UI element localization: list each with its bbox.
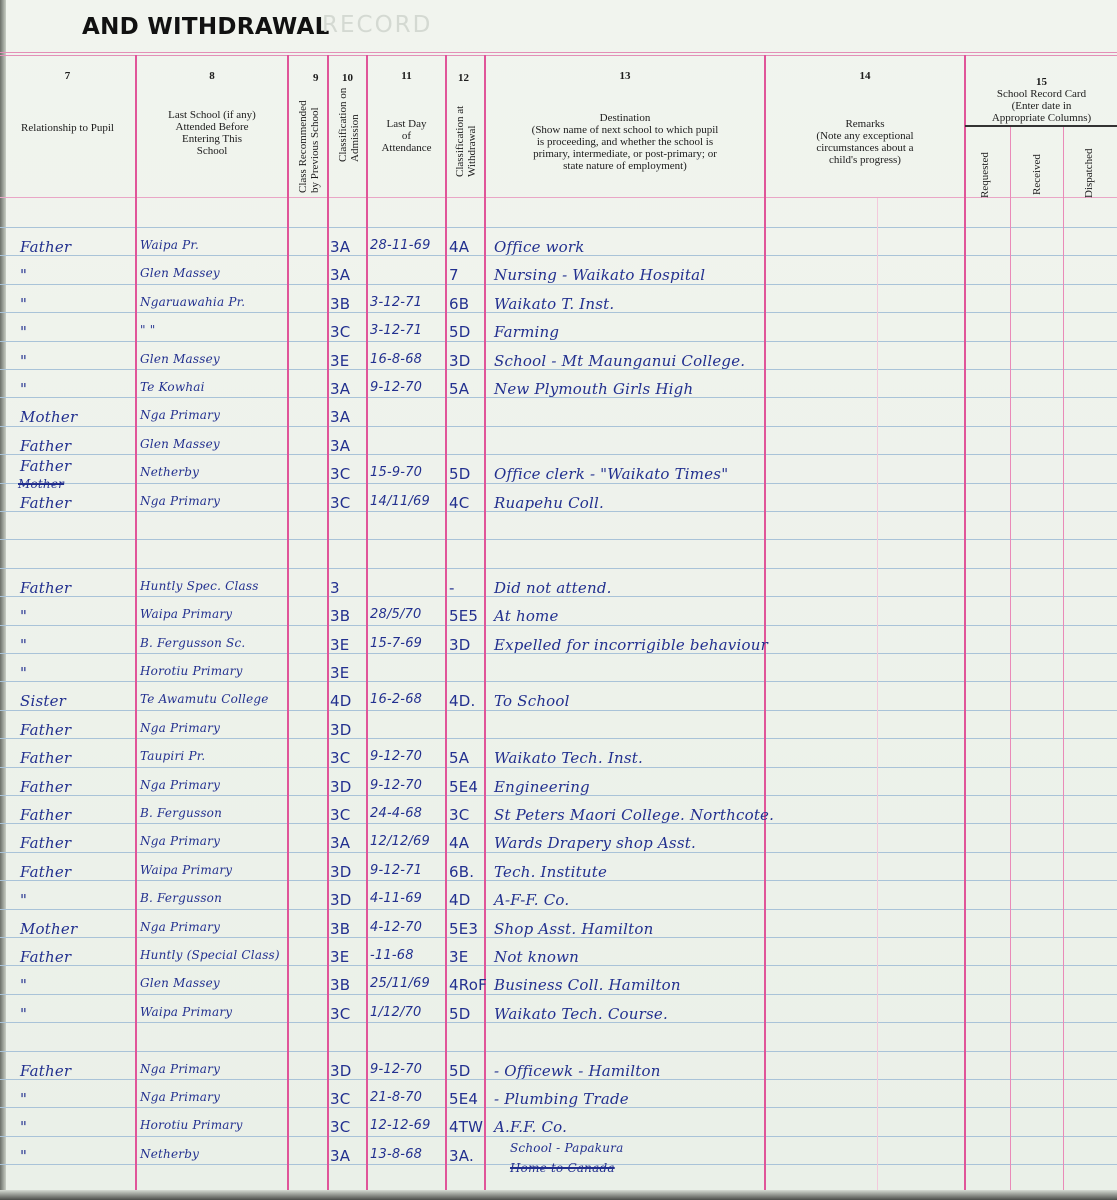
ruled-line bbox=[0, 1051, 1117, 1052]
ruled-line bbox=[0, 994, 1117, 995]
last-day-cell: 9-12-70 bbox=[370, 380, 422, 395]
last-school-cell: Taupiri Pr. bbox=[140, 749, 205, 763]
class-admission-cell: 4D bbox=[330, 692, 352, 710]
page-bottom-edge bbox=[0, 1190, 1117, 1200]
relationship-cell: " bbox=[20, 295, 27, 313]
destination-cell: - Officewk - Hamilton bbox=[494, 1062, 661, 1080]
class-admission-cell: 3D bbox=[330, 778, 352, 796]
last-school-cell: Te Awamutu College bbox=[140, 692, 269, 706]
ruled-line bbox=[0, 710, 1117, 711]
ruled-line bbox=[0, 483, 1117, 484]
last-school-cell: Glen Massey bbox=[140, 437, 220, 451]
relationship-cell: " bbox=[20, 323, 27, 341]
destination-cell: Office work bbox=[494, 238, 585, 256]
relationship-cell: " bbox=[20, 1118, 27, 1136]
last-school-cell: Glen Massey bbox=[140, 266, 220, 280]
last-school-cell: B. Fergusson Sc. bbox=[140, 636, 245, 650]
last-day-cell: 13-8-68 bbox=[370, 1147, 422, 1162]
class-admission-cell: 3D bbox=[330, 721, 352, 739]
destination-cell: Ruapehu Coll. bbox=[494, 494, 604, 512]
relationship-cell: Father bbox=[20, 494, 71, 512]
class-admission-cell: 3A bbox=[330, 238, 350, 256]
last-school-cell: Nga Primary bbox=[140, 408, 220, 422]
ruled-line bbox=[0, 738, 1117, 739]
column-header-record-card: 15 School Record Card (Enter date in App… bbox=[966, 76, 1117, 124]
destination-cell: Wards Drapery shop Asst. bbox=[494, 834, 696, 852]
class-withdrawal-cell: 5E3 bbox=[449, 920, 478, 938]
last-day-cell: 4-12-70 bbox=[370, 920, 422, 935]
class-withdrawal-cell: 5A bbox=[449, 380, 469, 398]
class-withdrawal-cell: 4RoF bbox=[449, 976, 487, 994]
class-withdrawal-cell: 5D bbox=[449, 323, 471, 341]
column-header-destination: 13 Destination (Show name of next school… bbox=[486, 70, 764, 172]
destination-cell: Engineering bbox=[494, 778, 590, 796]
last-school-cell: B. Fergusson bbox=[140, 891, 222, 905]
ruled-line bbox=[0, 625, 1117, 626]
relationship-cell: Father bbox=[20, 806, 71, 824]
last-day-cell: 12/12/69 bbox=[370, 834, 430, 849]
class-withdrawal-cell: 4D. bbox=[449, 692, 475, 710]
class-withdrawal-cell: 5E4 bbox=[449, 778, 478, 796]
class-withdrawal-cell: - bbox=[449, 579, 455, 597]
last-school-cell: Huntly Spec. Class bbox=[140, 579, 259, 593]
column-divider bbox=[287, 55, 289, 1192]
class-admission-cell: 3A bbox=[330, 834, 350, 852]
last-day-cell: 28-11-69 bbox=[370, 238, 431, 253]
last-school-cell: Nga Primary bbox=[140, 1090, 220, 1104]
class-admission-cell: 3C bbox=[330, 494, 350, 512]
relationship-cell: " bbox=[20, 976, 27, 994]
relationship-cell: " bbox=[20, 891, 27, 909]
column-divider bbox=[1063, 126, 1064, 1192]
class-withdrawal-cell: 7 bbox=[449, 266, 459, 284]
class-withdrawal-cell: 4A bbox=[449, 238, 469, 256]
relationship-cell: " bbox=[20, 636, 27, 654]
destination-cell: Shop Asst. Hamilton bbox=[494, 920, 654, 938]
ruled-line bbox=[0, 852, 1117, 853]
relationship-cell: " bbox=[20, 607, 27, 625]
relationship-cell: Sister bbox=[20, 692, 66, 710]
last-school-cell: Nga Primary bbox=[140, 1062, 220, 1076]
ruled-line bbox=[0, 1136, 1117, 1137]
class-admission-cell: 3C bbox=[330, 749, 350, 767]
struck-destination: Home to Canada bbox=[510, 1161, 615, 1175]
destination-cell: New Plymouth Girls High bbox=[494, 380, 693, 398]
class-withdrawal-cell: 5A bbox=[449, 749, 469, 767]
last-day-cell: 9-12-71 bbox=[370, 863, 422, 878]
class-admission-cell: 3C bbox=[330, 806, 350, 824]
ruled-line bbox=[0, 284, 1117, 285]
struck-relationship: Mother bbox=[18, 477, 64, 491]
relationship-cell: " bbox=[20, 1147, 27, 1165]
destination-cell: School - Mt Maunganui College. bbox=[494, 352, 745, 370]
column-divider bbox=[445, 55, 447, 1192]
last-day-cell: 9-12-70 bbox=[370, 749, 422, 764]
header-top-rule bbox=[0, 52, 1117, 56]
column-divider bbox=[1010, 126, 1011, 1192]
class-withdrawal-cell: 4C bbox=[449, 494, 469, 512]
class-admission-cell: 3D bbox=[330, 863, 352, 881]
relationship-cell: Father bbox=[20, 863, 71, 881]
ruled-line bbox=[0, 767, 1117, 768]
class-withdrawal-cell: 5E5 bbox=[449, 607, 478, 625]
relationship-cell: Father bbox=[20, 238, 71, 256]
last-school-cell: Horotiu Primary bbox=[140, 664, 243, 678]
last-day-cell: 9-12-70 bbox=[370, 1062, 422, 1077]
destination-cell: School - Papakura bbox=[510, 1141, 623, 1155]
last-school-cell: " " bbox=[140, 323, 155, 337]
class-admission-cell: 3C bbox=[330, 323, 350, 341]
column-header-last-school: 8 Last School (if any) Attended Before E… bbox=[137, 70, 287, 157]
last-school-cell: Huntly (Special Class) bbox=[140, 948, 280, 962]
column-number-12: 12 bbox=[458, 72, 469, 84]
relationship-cell: Mother bbox=[20, 920, 77, 938]
last-school-cell: Te Kowhai bbox=[140, 380, 205, 394]
last-school-cell: Glen Massey bbox=[140, 352, 220, 366]
last-school-cell: Nga Primary bbox=[140, 721, 220, 735]
column-divider bbox=[764, 55, 766, 1192]
relationship-cell: Father bbox=[20, 457, 71, 475]
class-admission-cell: 3 bbox=[330, 579, 340, 597]
relationship-cell: " bbox=[20, 352, 27, 370]
last-day-cell: 16-8-68 bbox=[370, 352, 422, 367]
class-withdrawal-cell: 5D bbox=[449, 1062, 471, 1080]
class-withdrawal-cell: 4D bbox=[449, 891, 471, 909]
last-day-cell: 3-12-71 bbox=[370, 323, 422, 338]
destination-cell: - Plumbing Trade bbox=[494, 1090, 629, 1108]
class-admission-cell: 3C bbox=[330, 1005, 350, 1023]
last-day-cell: 25/11/69 bbox=[370, 976, 430, 991]
column-divider bbox=[366, 55, 368, 1192]
class-admission-cell: 3E bbox=[330, 664, 349, 682]
relationship-cell: Father bbox=[20, 1062, 71, 1080]
last-day-cell: 4-11-69 bbox=[370, 891, 422, 906]
class-admission-cell: 3E bbox=[330, 352, 349, 370]
last-day-cell: 14/11/69 bbox=[370, 494, 430, 509]
column-number-10: 10 bbox=[342, 72, 353, 84]
last-day-cell: 28/5/70 bbox=[370, 607, 422, 622]
destination-cell: Waikato Tech. Inst. bbox=[494, 749, 643, 767]
relationship-cell: Father bbox=[20, 834, 71, 852]
destination-cell: A-F-F. Co. bbox=[494, 891, 569, 909]
relationship-cell: Father bbox=[20, 948, 71, 966]
column-divider bbox=[135, 55, 137, 1192]
class-admission-cell: 3D bbox=[330, 1062, 352, 1080]
relationship-cell: " bbox=[20, 380, 27, 398]
ruled-line bbox=[0, 341, 1117, 342]
last-school-cell: Nga Primary bbox=[140, 494, 220, 508]
book-spine-edge bbox=[0, 0, 6, 1200]
last-school-cell: Waipa Primary bbox=[140, 1005, 232, 1019]
class-withdrawal-cell: 4A bbox=[449, 834, 469, 852]
destination-cell: Farming bbox=[494, 323, 559, 341]
last-school-cell: Glen Massey bbox=[140, 976, 220, 990]
class-admission-cell: 3C bbox=[330, 465, 350, 483]
ruled-line bbox=[0, 681, 1117, 682]
class-admission-cell: 3C bbox=[330, 1090, 350, 1108]
ruled-line bbox=[0, 568, 1117, 569]
last-school-cell: Nga Primary bbox=[140, 920, 220, 934]
last-day-cell: 16-2-68 bbox=[370, 692, 422, 707]
class-admission-cell: 3B bbox=[330, 976, 350, 994]
class-withdrawal-cell: 5D bbox=[449, 1005, 471, 1023]
class-withdrawal-cell: 4TW bbox=[449, 1118, 483, 1136]
bleed-through-title: RECORD bbox=[322, 12, 432, 38]
last-school-cell: Ngaruawahia Pr. bbox=[140, 295, 245, 309]
class-admission-cell: 3A bbox=[330, 380, 350, 398]
last-day-cell: 21-8-70 bbox=[370, 1090, 422, 1105]
record-card-subheader-rule bbox=[965, 125, 1117, 127]
relationship-cell: Father bbox=[20, 579, 71, 597]
class-admission-cell: 3E bbox=[330, 636, 349, 654]
relationship-cell: Father bbox=[20, 721, 71, 739]
last-day-cell: 12-12-69 bbox=[370, 1118, 431, 1133]
ruled-line bbox=[0, 227, 1117, 228]
class-admission-cell: 3A bbox=[330, 1147, 350, 1165]
last-day-cell: 15-9-70 bbox=[370, 465, 422, 480]
column-divider bbox=[484, 55, 486, 1192]
destination-cell: At home bbox=[494, 607, 559, 625]
class-admission-cell: 3A bbox=[330, 408, 350, 426]
last-school-cell: Waipa Primary bbox=[140, 863, 232, 877]
class-withdrawal-cell: 3D bbox=[449, 352, 471, 370]
last-day-cell: 24-4-68 bbox=[370, 806, 422, 821]
class-admission-cell: 3D bbox=[330, 891, 352, 909]
column-header-relationship: 7 Relationship to Pupil bbox=[0, 70, 135, 134]
last-school-cell: Netherby bbox=[140, 1147, 199, 1161]
column-header-class-recommended: Class Recommendedby Previous School bbox=[297, 87, 321, 193]
class-withdrawal-cell: 5E4 bbox=[449, 1090, 478, 1108]
class-admission-cell: 3A bbox=[330, 266, 350, 284]
class-withdrawal-cell: 3C bbox=[449, 806, 469, 824]
last-day-cell: 1/12/70 bbox=[370, 1005, 422, 1020]
class-withdrawal-cell: 3A. bbox=[449, 1147, 474, 1165]
relationship-cell: Father bbox=[20, 437, 71, 455]
column-divider bbox=[964, 55, 966, 1192]
class-withdrawal-cell: 3D bbox=[449, 636, 471, 654]
destination-cell: Expelled for incorrigible behaviour bbox=[494, 636, 768, 654]
ruled-line bbox=[0, 909, 1117, 910]
class-admission-cell: 3A bbox=[330, 437, 350, 455]
last-school-cell: Nga Primary bbox=[140, 778, 220, 792]
subcolumn-requested: Requested bbox=[979, 140, 991, 198]
destination-cell: St Peters Maori College. Northcote. bbox=[494, 806, 774, 824]
destination-cell: Not known bbox=[494, 948, 579, 966]
destination-cell: Business Coll. Hamilton bbox=[494, 976, 681, 994]
last-school-cell: Horotiu Primary bbox=[140, 1118, 243, 1132]
last-day-cell: 3-12-71 bbox=[370, 295, 422, 310]
class-withdrawal-cell: 6B bbox=[449, 295, 469, 313]
header-bottom-rule bbox=[0, 197, 1117, 198]
column-header-remarks: 14 Remarks (Note any exceptional circums… bbox=[766, 70, 964, 166]
column-header-last-day: 11 Last Day of Attendance bbox=[368, 70, 445, 154]
column-header-class-withdrawal: Classification atWithdrawal bbox=[454, 97, 478, 177]
last-school-cell: Netherby bbox=[140, 465, 199, 479]
ruled-line bbox=[0, 454, 1117, 455]
page-title: AND WITHDRAWAL bbox=[82, 14, 330, 40]
relationship-cell: Father bbox=[20, 749, 71, 767]
ruled-line bbox=[0, 539, 1117, 540]
relationship-cell: " bbox=[20, 1090, 27, 1108]
relationship-cell: " bbox=[20, 1005, 27, 1023]
last-school-cell: Waipa Primary bbox=[140, 607, 232, 621]
class-admission-cell: 3C bbox=[330, 1118, 350, 1136]
relationship-cell: " bbox=[20, 664, 27, 682]
destination-cell: To School bbox=[494, 692, 570, 710]
destination-cell: Waikato Tech. Course. bbox=[494, 1005, 668, 1023]
last-day-cell: -11-68 bbox=[370, 948, 414, 963]
destination-cell: Did not attend. bbox=[494, 579, 612, 597]
last-school-cell: Nga Primary bbox=[140, 834, 220, 848]
class-withdrawal-cell: 6B. bbox=[449, 863, 474, 881]
last-school-cell: Waipa Pr. bbox=[140, 238, 199, 252]
destination-cell: A.F.F. Co. bbox=[494, 1118, 567, 1136]
destination-cell: Nursing - Waikato Hospital bbox=[494, 266, 705, 284]
class-admission-cell: 3E bbox=[330, 948, 349, 966]
relationship-cell: " bbox=[20, 266, 27, 284]
class-withdrawal-cell: 3E bbox=[449, 948, 468, 966]
column-number-9: 9 bbox=[313, 72, 319, 84]
column-divider bbox=[327, 55, 329, 1192]
last-day-cell: 15-7-69 bbox=[370, 636, 422, 651]
faint-guide-line bbox=[877, 198, 878, 1192]
subcolumn-received: Received bbox=[1031, 145, 1043, 195]
destination-cell: Tech. Institute bbox=[494, 863, 607, 881]
class-admission-cell: 3B bbox=[330, 295, 350, 313]
column-header-class-admission: Classification onAdmission bbox=[337, 87, 361, 162]
class-admission-cell: 3B bbox=[330, 920, 350, 938]
relationship-cell: Mother bbox=[20, 408, 77, 426]
class-admission-cell: 3B bbox=[330, 607, 350, 625]
class-withdrawal-cell: 5D bbox=[449, 465, 471, 483]
last-school-cell: B. Fergusson bbox=[140, 806, 222, 820]
last-day-cell: 9-12-70 bbox=[370, 778, 422, 793]
destination-cell: Office clerk - "Waikato Times" bbox=[494, 465, 728, 483]
ruled-line bbox=[0, 426, 1117, 427]
relationship-cell: Father bbox=[20, 778, 71, 796]
ledger-page: AND WITHDRAWAL RECORD 7 Relationship to … bbox=[0, 0, 1117, 1200]
subcolumn-dispatched: Dispatched bbox=[1083, 140, 1095, 198]
destination-cell: Waikato T. Inst. bbox=[494, 295, 614, 313]
